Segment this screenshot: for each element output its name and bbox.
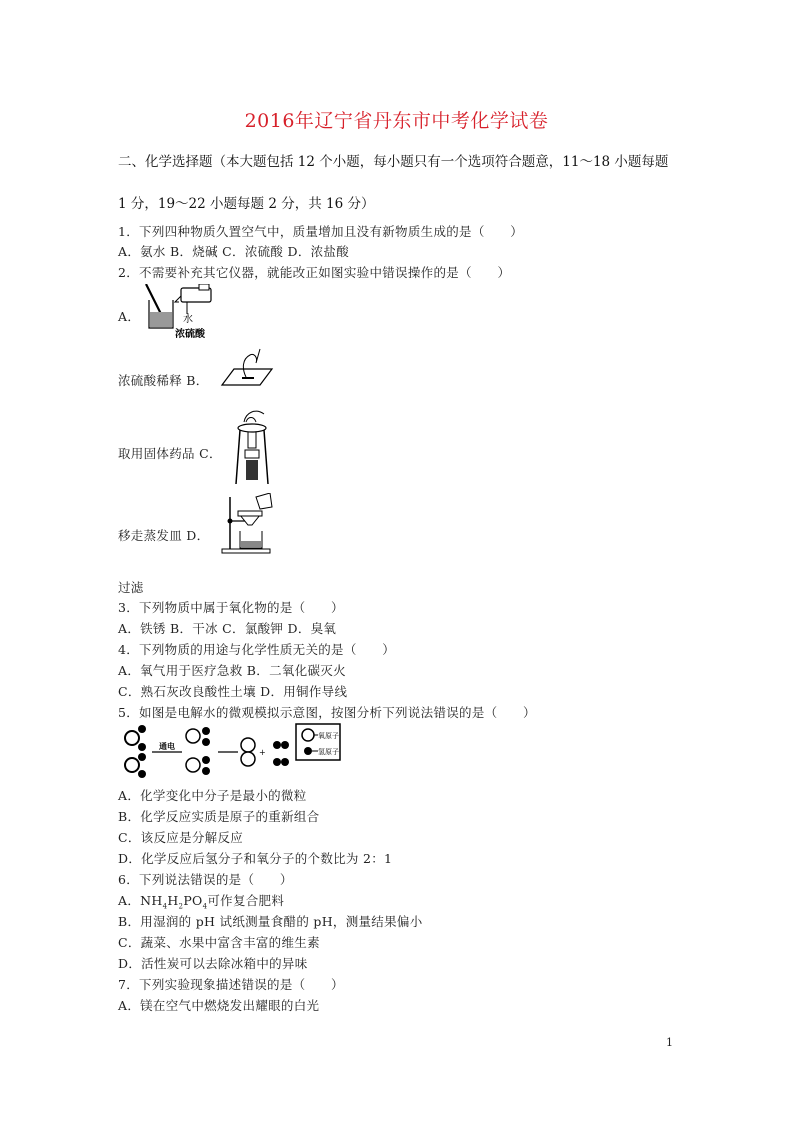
question-3-options: A．铁锈 B．干冰 C．氯酸钾 D．臭氧	[118, 619, 336, 637]
svg-text:+: +	[259, 748, 266, 757]
question-1-options: A．氨水 B．烧碱 C．浓硫酸 D．浓盐酸	[118, 242, 349, 260]
water-electrolysis-diagram: 通电 + 氧原子 氢原子	[120, 722, 342, 780]
section-heading-line-1: 二、化学选择题（本大题包括 12 个小题，每小题只有一个选项符合题意，11～18…	[118, 150, 668, 170]
question-5-option-b: B．化学反应实质是原子的重新组合	[118, 807, 320, 825]
question-6-option-a: A．NH4H2PO4可作复合肥料	[118, 891, 284, 911]
question-5-option-a: A．化学变化中分子是最小的微粒	[118, 786, 307, 804]
filtration-figure	[218, 493, 274, 555]
question-7-option-a: A．镁在空气中燃烧发出耀眼的白光	[118, 996, 319, 1014]
option-a-text: 可作复合肥料	[207, 893, 284, 908]
question-2-option-d-caption: 过滤	[118, 578, 144, 596]
option-a-formula-prefix: A．NH	[118, 893, 163, 908]
question-6-option-c: C．蔬菜、水果中富含丰富的维生素	[118, 933, 320, 951]
electrify-label: 通电	[159, 741, 175, 751]
question-2-option-a-label: A．	[118, 307, 140, 325]
take-solid-reagent-figure	[220, 347, 275, 389]
question-2-option-c-label: 取用固体药品 C．	[118, 444, 222, 462]
question-6-stem: 6．下列说法错误的是（ ）	[118, 870, 293, 888]
question-5-option-c: C．该反应是分解反应	[118, 828, 243, 846]
document-page: 2016年辽宁省丹东市中考化学试卷 二、化学选择题（本大题包括 12 个小题，每…	[0, 0, 793, 1122]
question-7-stem: 7．下列实验现象描述错误的是（ ）	[118, 975, 344, 993]
page-title: 2016年辽宁省丹东市中考化学试卷	[0, 106, 793, 133]
oxygen-atom-legend: 氧原子	[318, 731, 339, 740]
question-5-stem: 5．如图是电解水的微观模拟示意图，按图分析下列说法错误的是（ ）	[118, 703, 536, 721]
remove-evaporating-dish-figure	[234, 408, 270, 486]
question-4-stem: 4．下列物质的用途与化学性质无关的是（ ）	[118, 640, 395, 658]
question-6-option-b: B．用湿润的 pH 试纸测量食醋的 pH，测量结果偏小	[118, 912, 423, 930]
water-label: 水	[183, 312, 193, 325]
question-2-option-d-label: 移走蒸发皿 D．	[118, 526, 209, 544]
dilute-sulfuric-acid-figure: 水 浓硫酸	[143, 284, 221, 342]
question-6-option-d: D．活性炭可以去除冰箱中的异味	[118, 954, 308, 972]
hydrogen-atom-legend: 氢原子	[318, 747, 339, 756]
question-4-options-line-1: A．氧气用于医疗急救 B．二氧化碳灭火	[118, 661, 346, 679]
question-2-stem: 2．不需要补充其它仪器，就能改正如图实验中错误操作的是（ ）	[118, 263, 510, 281]
question-1-stem: 1．下列四种物质久置空气中，质量增加且没有新物质生成的是（ ）	[118, 222, 523, 240]
question-5-option-d: D．化学反应后氢分子和氧分子的个数比为 2：1	[118, 849, 392, 867]
question-4-options-line-2: C．熟石灰改良酸性土壤 D．用铜作导线	[118, 682, 347, 700]
page-number: 1	[666, 1036, 673, 1049]
section-heading-line-2: 1 分，19～22 小题每题 2 分，共 16 分）	[118, 192, 374, 212]
question-3-stem: 3．下列物质中属于氧化物的是（ ）	[118, 598, 344, 616]
concentrated-sulfuric-acid-label: 浓硫酸	[175, 327, 206, 340]
question-2-option-b-label: 浓硫酸稀释 B．	[118, 371, 209, 389]
